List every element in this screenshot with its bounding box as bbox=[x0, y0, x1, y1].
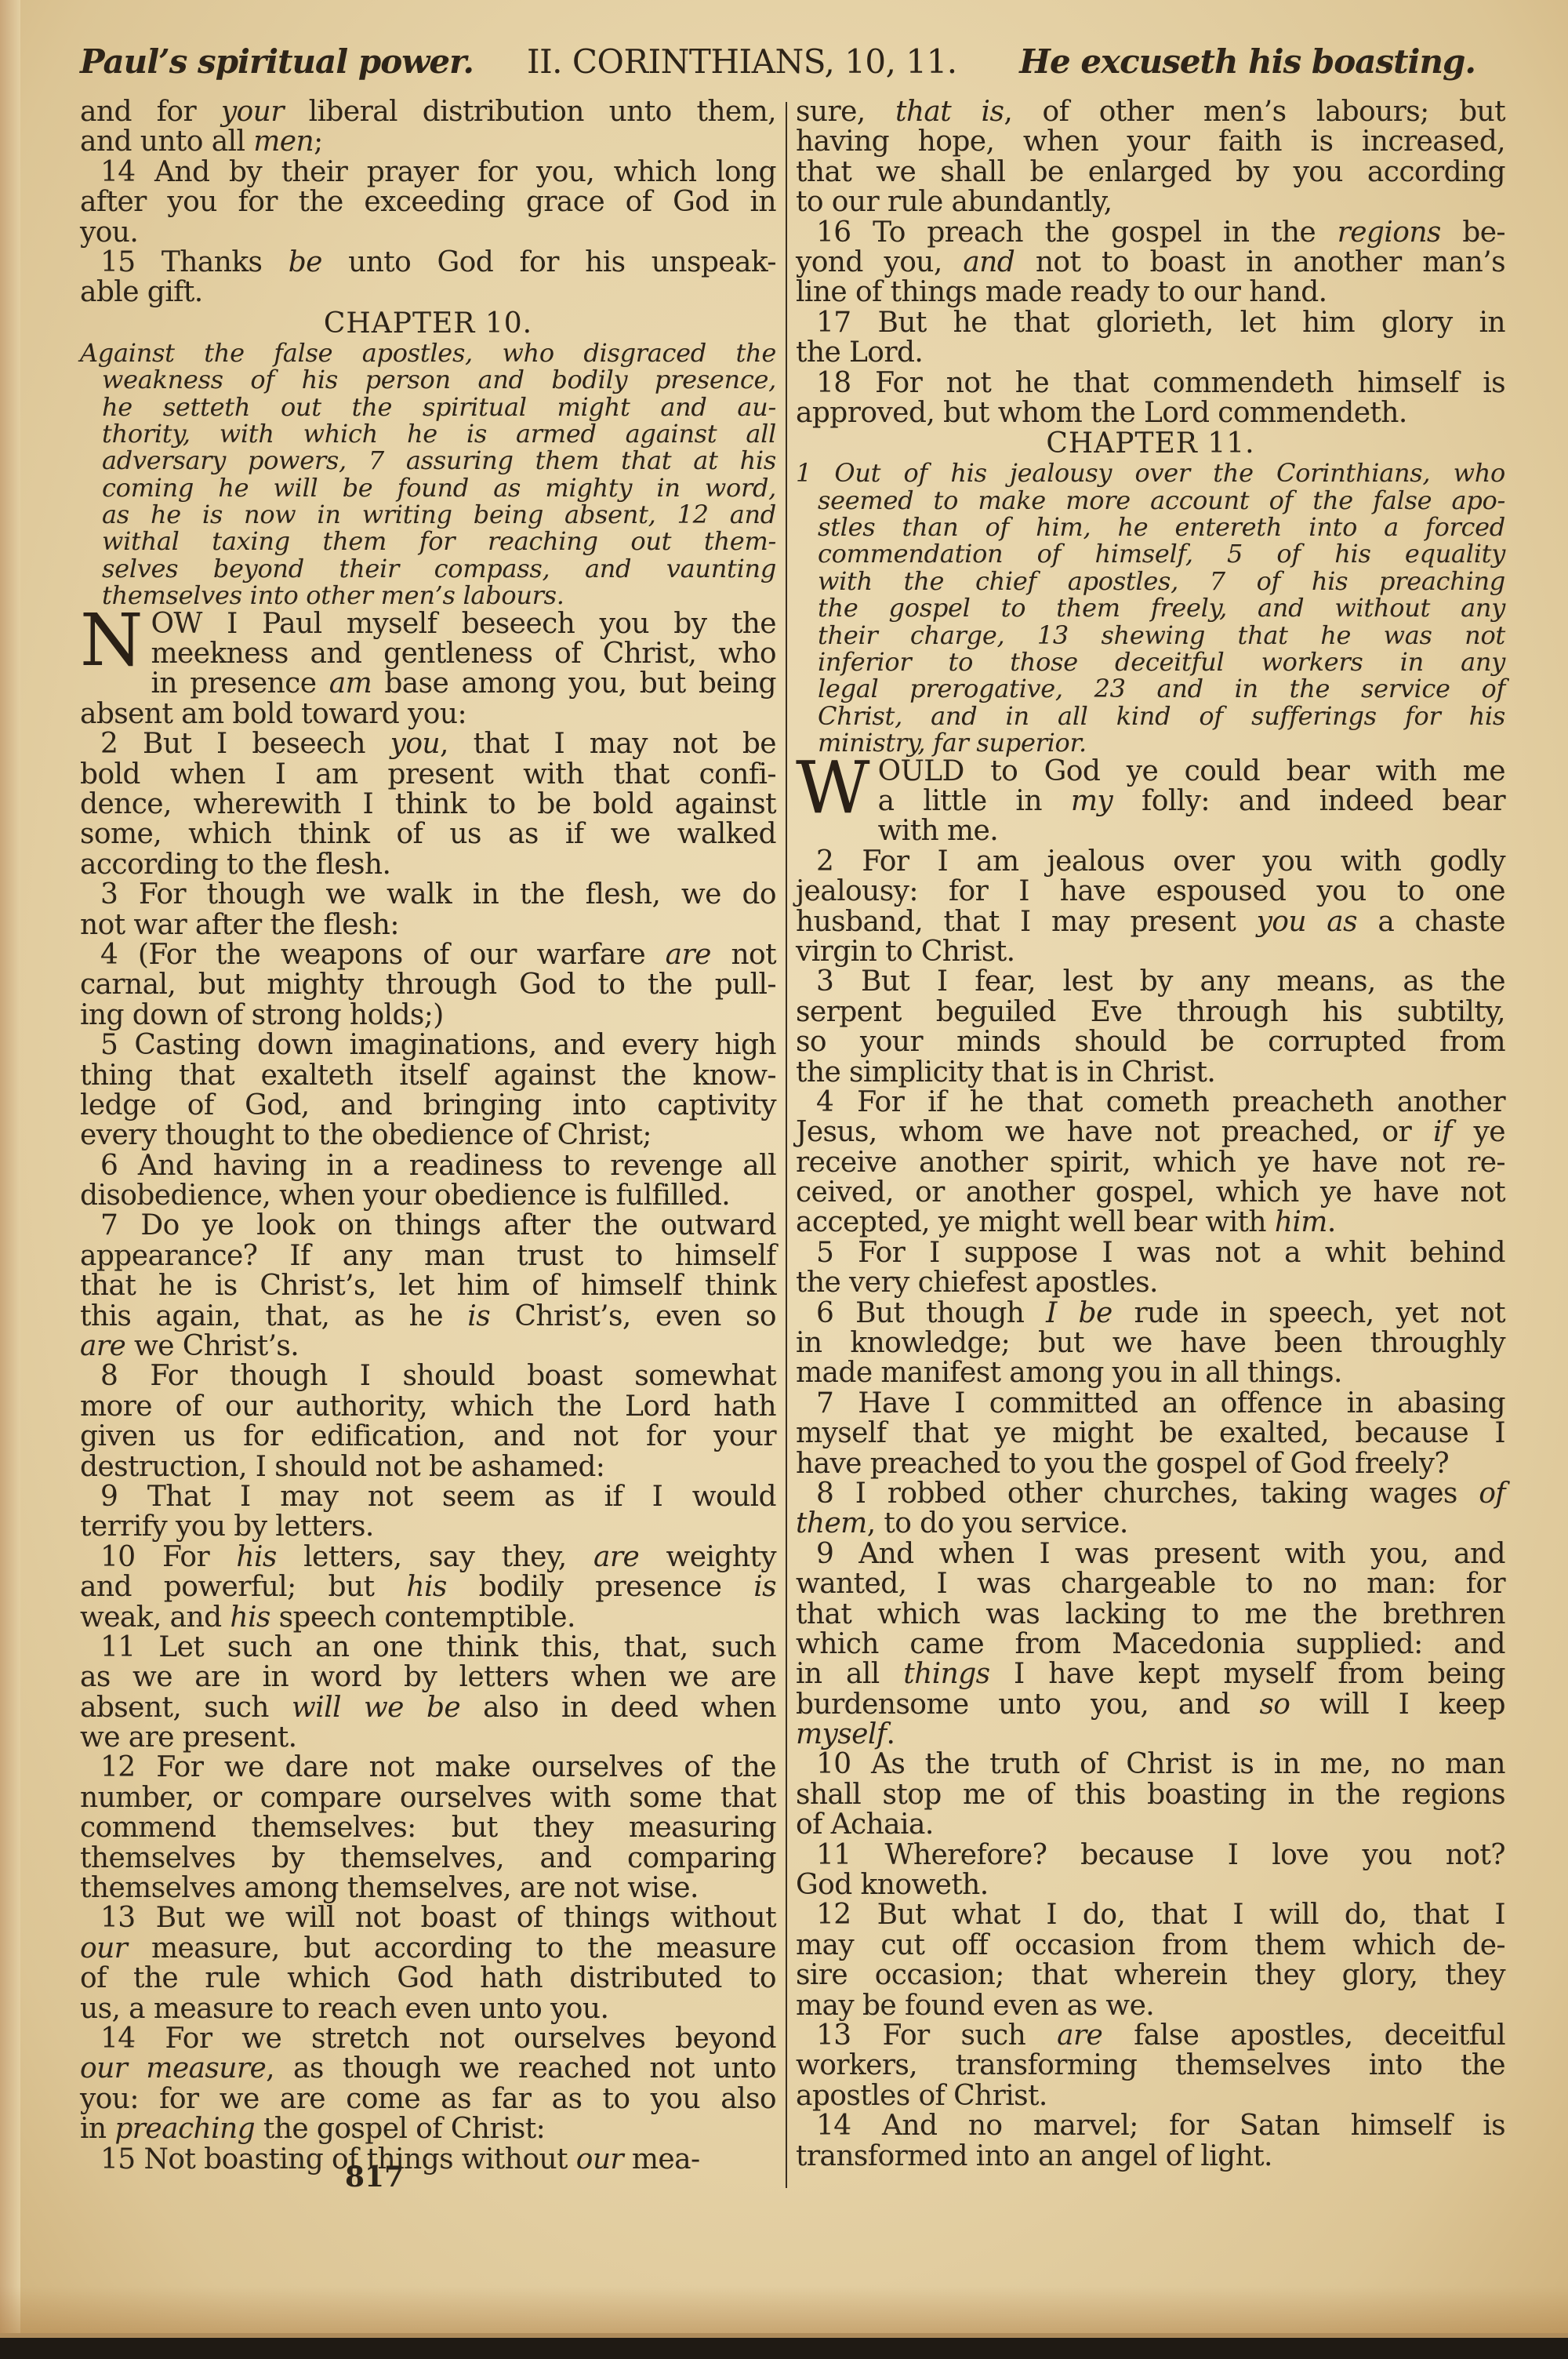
verse-line: jealousy: for I have espoused you to one bbox=[796, 877, 1505, 907]
verse-line: God knoweth. bbox=[796, 1870, 1505, 1900]
chapter-11-summary: 1 Out of his jealousy over the Corinthia… bbox=[796, 460, 1505, 756]
italic-word: are bbox=[1057, 2019, 1102, 2052]
verse-start-line: 15 Thanks be unto God for his unspeak- bbox=[80, 248, 776, 278]
italic-word: so bbox=[1259, 1688, 1290, 1721]
running-head-left: Paul’s spiritual power. bbox=[80, 42, 474, 82]
italic-word: I be bbox=[1046, 1297, 1112, 1329]
italic-word: you bbox=[390, 728, 440, 760]
verse-line: you. bbox=[80, 218, 776, 248]
verse-start-line: 7 Have I committed an offence in abasing bbox=[796, 1389, 1505, 1419]
verse-line: as we are in word by letters when we are bbox=[80, 1663, 776, 1692]
verse-start-line: 11 Wherefore? because I love you not? bbox=[796, 1841, 1505, 1870]
chapter-10-verses: in presence am base among you, but being… bbox=[80, 669, 776, 2175]
italic-word: that is bbox=[895, 96, 1004, 128]
verse-start-line: 5 For I suppose I was not a whit behind bbox=[796, 1238, 1505, 1268]
verse-line: workers, transforming themselves into th… bbox=[796, 2051, 1505, 2081]
running-head-book-title: II. CORINTHIANS, 10, 11. bbox=[527, 42, 957, 82]
chapter-summary-line: adversary powers, 7 assuring them that a… bbox=[80, 447, 776, 474]
verse-line: you: for we are come as far as to you al… bbox=[80, 2085, 776, 2114]
verse-line: virgin to Christ. bbox=[796, 937, 1505, 967]
chapter-summary-line: themselves into other men’s labours. bbox=[80, 582, 776, 609]
italic-word: will we be bbox=[292, 1692, 460, 1724]
verse-start-line: 4 For if he that cometh preacheth anothe… bbox=[796, 1088, 1505, 1118]
verse-line: appearance? If any man trust to himself bbox=[80, 1241, 776, 1271]
verse-line: approved, but whom the Lord commendeth. bbox=[796, 398, 1505, 428]
verse-start-line: 5 Casting down imaginations, and every h… bbox=[80, 1030, 776, 1060]
verse-line: terrify you by letters. bbox=[80, 1512, 776, 1542]
verse-start-line: 10 As the truth of Christ is in me, no m… bbox=[796, 1750, 1505, 1779]
verse-line: made manifest among you in all things. bbox=[796, 1358, 1505, 1388]
verse-line: commend themselves: but they measuring bbox=[80, 1813, 776, 1843]
chapter-summary-line: he setteth out the spiritual might and a… bbox=[80, 394, 776, 420]
italic-word: are bbox=[80, 1330, 125, 1362]
verse-line: and powerful; but his bodily presence is bbox=[80, 1572, 776, 1602]
italic-word: and bbox=[963, 246, 1014, 278]
verse-line: with me. bbox=[796, 816, 1505, 846]
verse-line: yond you, and not to boast in another ma… bbox=[796, 248, 1505, 278]
italic-word: be bbox=[289, 246, 322, 278]
drop-cap-w: W bbox=[796, 758, 870, 818]
verse-start-line: 9 And when I was present with you, and bbox=[796, 1539, 1505, 1569]
verse-line: transformed into an angel of light. bbox=[796, 2142, 1505, 2172]
drop-cap-line: meekness and gentleness of Christ, who bbox=[80, 639, 776, 669]
verse-line: in all things I have kept myself from be… bbox=[796, 1659, 1505, 1689]
italic-word: his bbox=[236, 1541, 276, 1573]
bible-page: Paul’s spiritual power. II. CORINTHIANS,… bbox=[0, 0, 1568, 2338]
verse-line: burdensome unto you, and so will I keep bbox=[796, 1690, 1505, 1720]
drop-cap-line: OULD to God ye could bear with me bbox=[796, 757, 1505, 787]
verse-line: every thought to the obedience of Christ… bbox=[80, 1121, 776, 1150]
verse-line: destruction, I should not be ashamed: bbox=[80, 1452, 776, 1482]
chapter-summary-line: Against the false apostles, who disgrace… bbox=[80, 340, 776, 366]
verse-start-line: 13 For such are false apostles, deceitfu… bbox=[796, 2021, 1505, 2051]
italic-word: our bbox=[576, 2143, 623, 2175]
verse-start-line: 12 For we dare not make ourselves of the bbox=[80, 1753, 776, 1783]
italic-word: is bbox=[753, 1571, 776, 1603]
verse-line: able gift. bbox=[80, 278, 776, 307]
drop-cap-n: N bbox=[80, 611, 143, 671]
chapter-summary-line: the gospel to them freely, and without a… bbox=[796, 594, 1505, 621]
verse-line: absent am bold toward you: bbox=[80, 700, 776, 729]
verse-line: Jesus, whom we have not preached, or if … bbox=[796, 1118, 1505, 1147]
verse-line: ing down of strong holds;) bbox=[80, 1001, 776, 1030]
verse-line: accepted, ye might well bear with him. bbox=[796, 1208, 1505, 1238]
verse-start-line: 14 And no marvel; for Satan himself is bbox=[796, 2111, 1505, 2141]
verse-line: shall stop me of this boasting in the re… bbox=[796, 1780, 1505, 1810]
verse-line: in preaching the gospel of Christ: bbox=[80, 2114, 776, 2144]
verse-line: we are present. bbox=[80, 1723, 776, 1753]
italic-word: are bbox=[666, 939, 711, 971]
verse-start-line: 17 But he that glorieth, let him glory i… bbox=[796, 308, 1505, 338]
chapter-11-opening: W OULD to God ye could bear with mea lit… bbox=[796, 757, 1505, 817]
verse-start-line: 18 For not he that commendeth himself is bbox=[796, 369, 1505, 398]
verse-line: that we shall be enlarged by you accordi… bbox=[796, 158, 1505, 187]
italic-word: regions bbox=[1338, 216, 1441, 249]
verse-line: according to the flesh. bbox=[80, 850, 776, 880]
chapter-summary-line: commendation of himself, 5 of his equali… bbox=[796, 540, 1505, 567]
verse-line: us, a measure to reach even unto you. bbox=[80, 1994, 776, 2024]
chapter-summary-line: 1 Out of his jealousy over the Corinthia… bbox=[796, 460, 1505, 486]
verse-line: after you for the exceeding grace of God… bbox=[80, 187, 776, 217]
verse-line: myself that ye might be exalted, because… bbox=[796, 1419, 1505, 1448]
verse-line: and for your liberal distribution unto t… bbox=[80, 97, 776, 127]
verse-start-line: 2 For I am jealous over you with godly bbox=[796, 847, 1505, 877]
verse-line: not war after the flesh: bbox=[80, 911, 776, 940]
italic-word: of bbox=[1479, 1478, 1505, 1510]
verse-line: may cut off occasion from them which de- bbox=[796, 1931, 1505, 1961]
verse-line: having hope, when your faith is increase… bbox=[796, 127, 1505, 157]
verse-line: them, to do you service. bbox=[796, 1509, 1505, 1539]
chapter-summary-line: with the chief apostles, 7 of his preach… bbox=[796, 568, 1505, 594]
verse-start-line: 9 That I may not seem as if I would bbox=[80, 1482, 776, 1512]
verse-line: that he is Christ’s, let him of himself … bbox=[80, 1271, 776, 1301]
italic-word: am bbox=[329, 667, 372, 700]
verse-line: sire occasion; that wherein they glory, … bbox=[796, 1961, 1505, 1990]
verse-line: the simplicity that is in Christ. bbox=[796, 1058, 1505, 1088]
italic-word: his bbox=[230, 1601, 270, 1634]
verse-start-line: 8 I robbed other churches, taking wages … bbox=[796, 1479, 1505, 1509]
running-head-right: He excuseth his boasting. bbox=[1019, 42, 1475, 82]
chapter-summary-line: ministry, far superior. bbox=[796, 729, 1505, 756]
chapter-10-summary: Against the false apostles, who disgrace… bbox=[80, 340, 776, 609]
verse-start-line: 8 For though I should boast somewhat bbox=[80, 1361, 776, 1391]
verse-start-line: 14 And by their prayer for you, which lo… bbox=[80, 158, 776, 187]
verse-start-line: 10 For his letters, say they, are weight… bbox=[80, 1543, 776, 1572]
chapter-summary-line: weakness of his person and bodily presen… bbox=[80, 366, 776, 393]
italic-word: preaching bbox=[114, 2113, 255, 2145]
verse-line: our measure, as though we reached not un… bbox=[80, 2054, 776, 2084]
verse-line: the Lord. bbox=[796, 338, 1505, 368]
chapter-summary-line: inferior to those deceitful workers in a… bbox=[796, 649, 1505, 675]
italic-word: are bbox=[593, 1541, 639, 1573]
verse-start-line: 13 But we will not boast of things witho… bbox=[80, 1903, 776, 1933]
chapter-summary-line: thority, with which he is armed against … bbox=[80, 420, 776, 447]
verse-start-line: 3 But I fear, lest by any means, as the bbox=[796, 967, 1505, 997]
italic-word: if bbox=[1433, 1116, 1452, 1148]
verse-line: apostles of Christ. bbox=[796, 2081, 1505, 2111]
drop-cap-line: a little in my folly: and indeed bear bbox=[796, 787, 1505, 816]
verse-line: sure, that is, of other men’s labours; b… bbox=[796, 97, 1505, 127]
verse-line: number, or compare ourselves with some t… bbox=[80, 1783, 776, 1813]
verse-line: which came from Macedonia supplied: and bbox=[796, 1630, 1505, 1659]
chapter-summary-line: legal prerogative, 23 and in the service… bbox=[796, 675, 1505, 702]
verse-line: ceived, or another gospel, which ye have… bbox=[796, 1178, 1505, 1208]
verse-line: serpent beguiled Eve through his subtilt… bbox=[796, 998, 1505, 1027]
italic-word: you as bbox=[1257, 906, 1357, 938]
verse-line: carnal, but mighty through God to the pu… bbox=[80, 970, 776, 1000]
verse-line: themselves by themselves, and comparing bbox=[80, 1844, 776, 1874]
verse-start-line: 3 For though we walk in the flesh, we do bbox=[80, 880, 776, 910]
italic-word: men bbox=[253, 125, 314, 158]
verse-line: that which was lacking to me the brethre… bbox=[796, 1600, 1505, 1630]
italic-word: your bbox=[221, 96, 284, 128]
chapter-summary-line: coming he will be found as mighty in wor… bbox=[80, 474, 776, 501]
verse-start-line: 14 For we stretch not ourselves beyond bbox=[80, 2024, 776, 2054]
verse-line: this again, that, as he is Christ’s, eve… bbox=[80, 1302, 776, 1332]
verse-line: some, which think of us as if we walked bbox=[80, 820, 776, 849]
verse-line: receive another spirit, which ye have no… bbox=[796, 1148, 1505, 1178]
verse-line: absent, such will we be also in deed whe… bbox=[80, 1693, 776, 1723]
italic-word: them bbox=[796, 1507, 867, 1539]
chapter-11-heading: CHAPTER 11. bbox=[796, 428, 1505, 460]
chapter-summary-line: withal taxing them for reaching out them… bbox=[80, 528, 776, 554]
page-number: 817 bbox=[345, 2161, 404, 2194]
verse-start-line: 6 And having in a readiness to revenge a… bbox=[80, 1151, 776, 1181]
verse-line: in knowledge; but we have been throughly bbox=[796, 1329, 1505, 1358]
chapter-10-verses-continued: sure, that is, of other men’s labours; b… bbox=[796, 97, 1505, 428]
verse-line: in presence am base among you, but being bbox=[80, 669, 776, 699]
verse-line: may be found even as we. bbox=[796, 1991, 1505, 2021]
chapter-11-verses: with me.2 For I am jealous over you with… bbox=[796, 816, 1505, 2172]
verse-line: to our rule abundantly, bbox=[796, 187, 1505, 217]
verse-start-line: 7 Do ye look on things after the outward bbox=[80, 1211, 776, 1241]
italic-word: myself bbox=[796, 1718, 887, 1750]
verse-line: themselves among themselves, are not wis… bbox=[80, 1874, 776, 1903]
verse-start-line: 12 But what I do, that I will do, that I bbox=[796, 1900, 1505, 1930]
italic-word: our measure bbox=[80, 2052, 266, 2085]
verse-line: wanted, I was chargeable to no man: for bbox=[796, 1569, 1505, 1599]
chapter-summary-line: seemed to make more account of the false… bbox=[796, 487, 1505, 514]
verse-start-line: 4 (For the weapons of our warfare are no… bbox=[80, 940, 776, 970]
verse-line: of Achaia. bbox=[796, 1810, 1505, 1840]
chapter-summary-line: selves beyond their compass, and vauntin… bbox=[80, 555, 776, 582]
italic-word: him bbox=[1275, 1206, 1327, 1238]
verse-line: dence, wherewith I think to be bold agai… bbox=[80, 790, 776, 820]
verses-chapter-9-end: and for your liberal distribution unto t… bbox=[80, 97, 776, 308]
drop-cap-line: OW I Paul myself beseech you by the bbox=[80, 609, 776, 639]
verse-line: line of things made ready to our hand. bbox=[796, 278, 1505, 307]
italic-word: my bbox=[1071, 785, 1112, 817]
column-divider bbox=[786, 102, 787, 2188]
chapter-summary-line: stles than of him, he entereth into a fo… bbox=[796, 514, 1505, 540]
verse-line: myself. bbox=[796, 1720, 1505, 1750]
chapter-summary-line: their charge, 13 shewing that he was not bbox=[796, 622, 1505, 649]
italic-word: his bbox=[406, 1571, 446, 1603]
verse-start-line: 16 To preach the gospel in the regions b… bbox=[796, 218, 1505, 248]
running-head: Paul’s spiritual power. II. CORINTHIANS,… bbox=[80, 42, 1475, 82]
verse-line: given us for edification, and not for yo… bbox=[80, 1422, 776, 1452]
verse-line: ledge of God, and bringing into captivit… bbox=[80, 1091, 776, 1121]
chapter-summary-line: as he is now in writing being absent, 12… bbox=[80, 501, 776, 528]
chapter-10-opening: N OW I Paul myself beseech you by themee… bbox=[80, 609, 776, 670]
right-column: sure, that is, of other men’s labours; b… bbox=[796, 97, 1505, 2172]
verse-start-line: 11 Let such an one think this, that, suc… bbox=[80, 1633, 776, 1663]
verse-line: the very chiefest apostles. bbox=[796, 1268, 1505, 1298]
verse-line: our measure, but according to the measur… bbox=[80, 1934, 776, 1964]
verse-line: disobedience, when your obedience is ful… bbox=[80, 1181, 776, 1211]
verse-start-line: 2 But I beseech you, that I may not be bbox=[80, 729, 776, 759]
verse-line: weak, and his speech contemptible. bbox=[80, 1603, 776, 1633]
verse-line: bold when I am present with that confi- bbox=[80, 760, 776, 790]
verse-line: husband, that I may present you as a cha… bbox=[796, 907, 1505, 937]
verse-line: are we Christ’s. bbox=[80, 1332, 776, 1361]
verse-line: thing that exalteth itself against the k… bbox=[80, 1061, 776, 1091]
italic-word: things bbox=[903, 1658, 989, 1690]
verse-start-line: 15 Not boasting of things without our me… bbox=[80, 2145, 776, 2175]
verse-line: of the rule which God hath distributed t… bbox=[80, 1964, 776, 1994]
italic-word: is bbox=[467, 1300, 490, 1332]
chapter-10-heading: CHAPTER 10. bbox=[80, 308, 776, 340]
verse-line: more of our authority, which the Lord ha… bbox=[80, 1392, 776, 1422]
verse-start-line: 6 But though I be rude in speech, yet no… bbox=[796, 1299, 1505, 1329]
verse-line: have preached to you the gospel of God f… bbox=[796, 1449, 1505, 1479]
italic-word: our bbox=[80, 1932, 127, 1965]
verse-line: so your minds should be corrupted from bbox=[796, 1027, 1505, 1057]
left-column: and for your liberal distribution unto t… bbox=[80, 97, 776, 2175]
chapter-summary-line: Christ, and in all kind of sufferings fo… bbox=[796, 703, 1505, 729]
verse-line: and unto all men; bbox=[80, 127, 776, 157]
